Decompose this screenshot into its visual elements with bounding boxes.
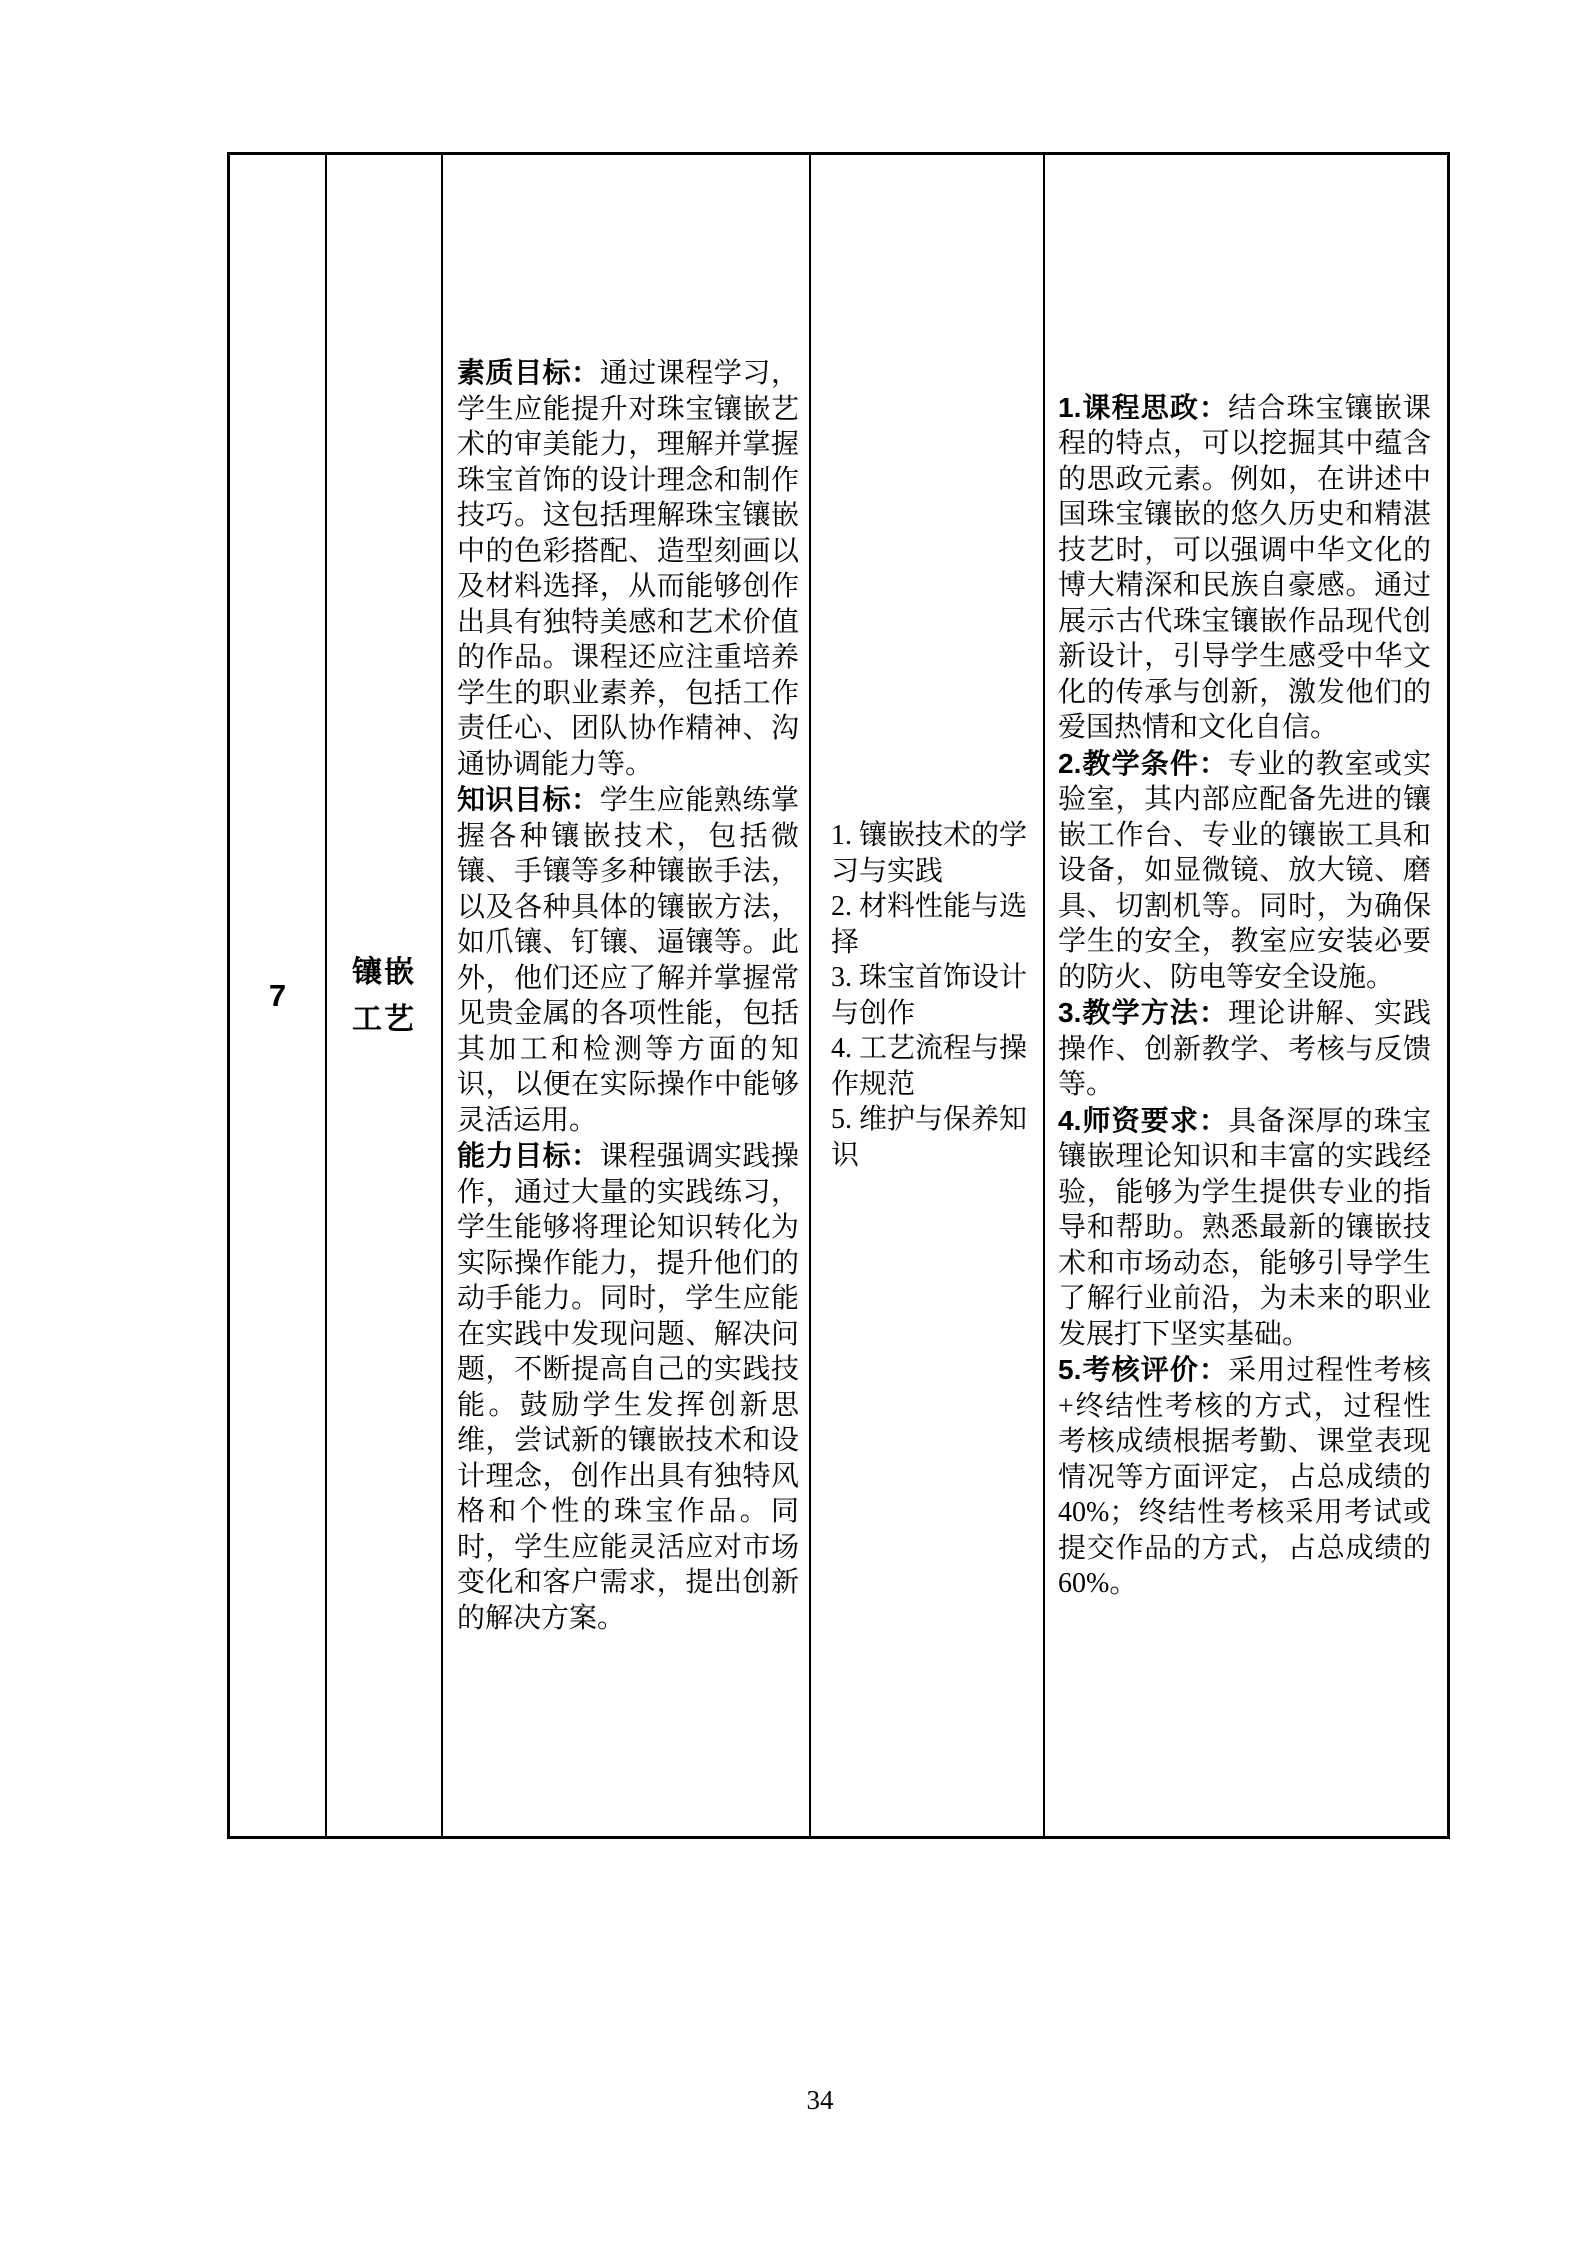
requirement-ideology-label: 1.课程思政： xyxy=(1058,392,1228,423)
requirement-conditions-paragraph: 2.教学条件：专业的教室或实验室，其内部应配备先进的镶嵌工作台、专业的镶嵌工具和… xyxy=(1058,746,1431,996)
requirement-methods-paragraph: 3.教学方法：理论讲解、实践操作、创新教学、考核与反馈等。 xyxy=(1058,995,1431,1103)
knowledge-objective-text: 学生应能熟练掌握各种镶嵌技术，包括微镶、手镶等多种镶嵌手法，以及各种具体的镶嵌方… xyxy=(457,785,799,1136)
content-item-2: 2. 材料性能与选择 xyxy=(831,889,1037,960)
content-item-1: 1. 镶嵌技术的学习与实践 xyxy=(831,818,1037,889)
ability-objective-text: 课程强调实践操作，通过大量的实践练习，学生能够将理论知识转化为实际操作能力，提升… xyxy=(457,1141,799,1634)
page-number: 34 xyxy=(807,2085,834,2116)
quality-objective-text: 通过课程学习，学生应能提升对珠宝镶嵌艺术的审美能力，理解并掌握珠宝首饰的设计理念… xyxy=(457,358,799,780)
content-item-4: 4. 工艺流程与操作规范 xyxy=(831,1031,1037,1102)
requirement-assessment-paragraph: 5.考核评价：采用过程性考核+终结性考核的方式，过程性考核成绩根据考勤、课堂表现… xyxy=(1058,1352,1431,1602)
requirement-conditions-label: 2.教学条件： xyxy=(1058,748,1228,779)
course-name-line-2: 工艺 xyxy=(352,996,416,1043)
course-objectives-cell: 素质目标：通过课程学习，学生应能提升对珠宝镶嵌艺术的审美能力，理解并掌握珠宝首饰… xyxy=(443,155,811,1836)
requirement-methods-label: 3.教学方法： xyxy=(1058,997,1228,1028)
course-number-cell: 7 xyxy=(230,155,327,1836)
course-name-line-1: 镶嵌 xyxy=(352,949,416,996)
content-item-5: 5. 维护与保养知识 xyxy=(831,1102,1037,1173)
content-item-3: 3. 珠宝首饰设计与创作 xyxy=(831,960,1037,1031)
course-name-cell: 镶嵌 工艺 xyxy=(327,155,443,1836)
quality-objective-label: 素质目标： xyxy=(457,357,600,388)
course-requirements-cell: 1.课程思政：结合珠宝镶嵌课程的特点，可以挖掘其中蕴含的思政元素。例如，在讲述中… xyxy=(1045,155,1447,1836)
requirement-ideology-paragraph: 1.课程思政：结合珠宝镶嵌课程的特点，可以挖掘其中蕴含的思政元素。例如，在讲述中… xyxy=(1058,390,1431,746)
requirement-assessment-label: 5.考核评价： xyxy=(1058,1354,1228,1385)
document-page: 7 镶嵌 工艺 素质目标：通过课程学习，学生应能提升对珠宝镶嵌艺术的审美能力，理… xyxy=(0,0,1587,2245)
requirement-assessment-text: 采用过程性考核+终结性考核的方式，过程性考核成绩根据考勤、课堂表现情况等方面评定… xyxy=(1058,1355,1431,1599)
requirement-ideology-text: 结合珠宝镶嵌课程的特点，可以挖掘其中蕴含的思政元素。例如，在讲述中国珠宝镶嵌的悠… xyxy=(1058,393,1431,744)
ability-objective-paragraph: 能力目标：课程强调实践操作，通过大量的实践练习，学生能够将理论知识转化为实际操作… xyxy=(457,1138,799,1636)
knowledge-objective-paragraph: 知识目标：学生应能熟练掌握各种镶嵌技术，包括微镶、手镶等多种镶嵌手法，以及各种具… xyxy=(457,782,799,1138)
requirement-faculty-text: 具备深厚的珠宝镶嵌理论知识和丰富的实践经验，能够为学生提供专业的指导和帮助。熟悉… xyxy=(1058,1106,1431,1350)
quality-objective-paragraph: 素质目标：通过课程学习，学生应能提升对珠宝镶嵌艺术的审美能力，理解并掌握珠宝首饰… xyxy=(457,355,799,782)
requirement-faculty-paragraph: 4.师资要求：具备深厚的珠宝镶嵌理论知识和丰富的实践经验，能够为学生提供专业的指… xyxy=(1058,1103,1431,1353)
requirement-faculty-label: 4.师资要求： xyxy=(1058,1105,1228,1136)
course-table: 7 镶嵌 工艺 素质目标：通过课程学习，学生应能提升对珠宝镶嵌艺术的审美能力，理… xyxy=(227,152,1450,1839)
requirement-conditions-text: 专业的教室或实验室，其内部应配备先进的镶嵌工作台、专业的镶嵌工具和设备，如显微镜… xyxy=(1058,749,1431,993)
ability-objective-label: 能力目标： xyxy=(457,1140,600,1171)
course-number: 7 xyxy=(269,978,286,1014)
knowledge-objective-label: 知识目标： xyxy=(457,784,600,815)
course-content-cell: 1. 镶嵌技术的学习与实践 2. 材料性能与选择 3. 珠宝首饰设计与创作 4.… xyxy=(811,155,1045,1836)
